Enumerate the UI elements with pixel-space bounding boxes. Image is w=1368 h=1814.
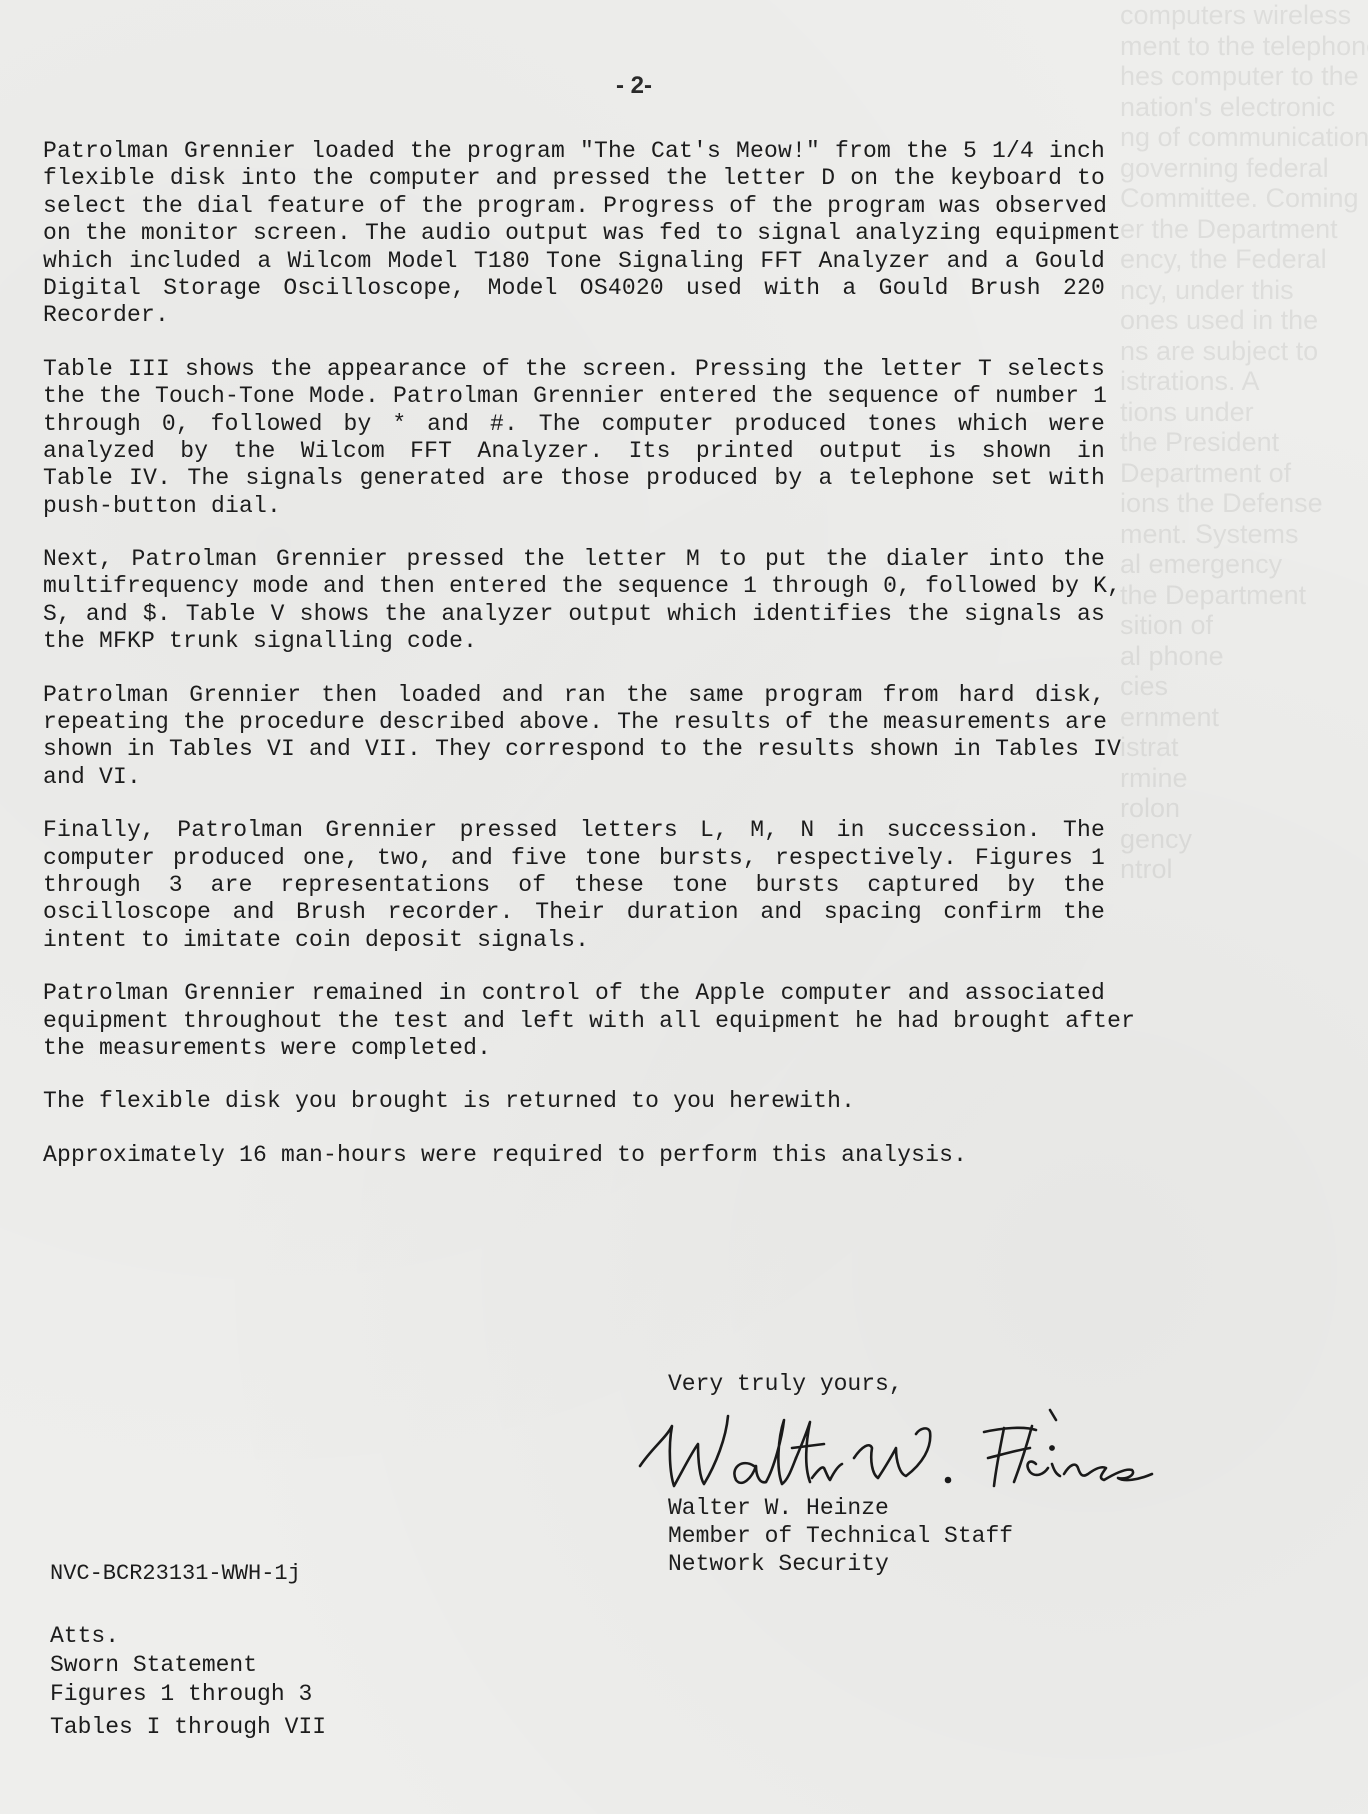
text-line: S, and $. Table V shows the analyzer out… [43, 601, 1105, 628]
text-line: The flexible disk you brought is returne… [43, 1088, 1105, 1115]
bleed-through-text: computers wireless ment to the telephone… [1120, 0, 1368, 1814]
paragraph: Finally, Patrolman Grennier pressed lett… [43, 817, 1105, 954]
handwritten-signature [632, 1408, 1192, 1498]
reference-code: NVC-BCR23131-WWH-1j [50, 1560, 301, 1588]
text-line: repeating the procedure described above.… [43, 709, 1105, 736]
text-line: Table IV. The signals generated are thos… [43, 465, 1105, 492]
text-line: shown in Tables VI and VII. They corresp… [43, 736, 1105, 763]
text-line: through 3 are representations of these t… [43, 872, 1105, 899]
text-line: Patrolman Grennier remained in control o… [43, 980, 1105, 1007]
attachments-label: Atts. [50, 1622, 326, 1651]
text-line: equipment throughout the test and left w… [43, 1008, 1105, 1035]
text-line: which included a Wilcom Model T180 Tone … [43, 248, 1105, 275]
text-line: Recorder. [43, 302, 1105, 329]
text-line: multifrequency mode and then entered the… [43, 573, 1105, 600]
signer-title: Member of Technical Staff [668, 1522, 1013, 1550]
text-line: the measurements were completed. [43, 1035, 1105, 1062]
text-line: Patrolman Grennier loaded the program "T… [43, 138, 1105, 165]
text-line: Table III shows the appearance of the sc… [43, 356, 1105, 383]
closing: Very truly yours, [668, 1370, 903, 1398]
letter-body: Patrolman Grennier loaded the program "T… [43, 138, 1105, 1195]
paragraph: Approximately 16 man-hours were required… [43, 1142, 1105, 1169]
text-line: Patrolman Grennier then loaded and ran t… [43, 682, 1105, 709]
text-line: computer produced one, two, and five ton… [43, 845, 1105, 872]
text-line: intent to imitate coin deposit signals. [43, 927, 1105, 954]
attachment-item: Tables I through VII [50, 1713, 326, 1742]
paragraph: Table III shows the appearance of the sc… [43, 356, 1105, 520]
text-line: analyzed by the Wilcom FFT Analyzer. Its… [43, 438, 1105, 465]
text-line: the the Touch-Tone Mode. Patrolman Grenn… [43, 383, 1105, 410]
attachment-item: Sworn Statement [50, 1651, 326, 1680]
text-line: the MFKP trunk signalling code. [43, 628, 1105, 655]
signer-department: Network Security [668, 1550, 1013, 1578]
letter-page: computers wireless ment to the telephone… [0, 0, 1368, 1814]
text-line: Approximately 16 man-hours were required… [43, 1142, 1105, 1169]
text-line: Finally, Patrolman Grennier pressed lett… [43, 817, 1105, 844]
attachment-item: Figures 1 through 3 [50, 1680, 326, 1709]
paragraph: Next, Patrolman Grennier pressed the let… [43, 546, 1105, 656]
text-line: push-button dial. [43, 493, 1105, 520]
text-line: oscilloscope and Brush recorder. Their d… [43, 899, 1105, 926]
paragraph: The flexible disk you brought is returne… [43, 1088, 1105, 1115]
signature-block: Walter W. Heinze Member of Technical Sta… [668, 1494, 1013, 1578]
attachments: Atts. Sworn Statement Figures 1 through … [50, 1622, 326, 1742]
text-line: Digital Storage Oscilloscope, Model OS40… [43, 275, 1105, 302]
text-line: on the monitor screen. The audio output … [43, 220, 1105, 247]
paragraph: Patrolman Grennier then loaded and ran t… [43, 682, 1105, 792]
paragraph: Patrolman Grennier loaded the program "T… [43, 138, 1105, 330]
text-line: flexible disk into the computer and pres… [43, 165, 1105, 192]
text-line: select the dial feature of the program. … [43, 193, 1105, 220]
text-line: Next, Patrolman Grennier pressed the let… [43, 546, 1105, 573]
page-number: - 2- [0, 72, 1318, 100]
text-line: through 0, followed by * and #. The comp… [43, 411, 1105, 438]
paragraph: Patrolman Grennier remained in control o… [43, 980, 1105, 1062]
signer-name: Walter W. Heinze [668, 1494, 1013, 1522]
text-line: and VI. [43, 764, 1105, 791]
